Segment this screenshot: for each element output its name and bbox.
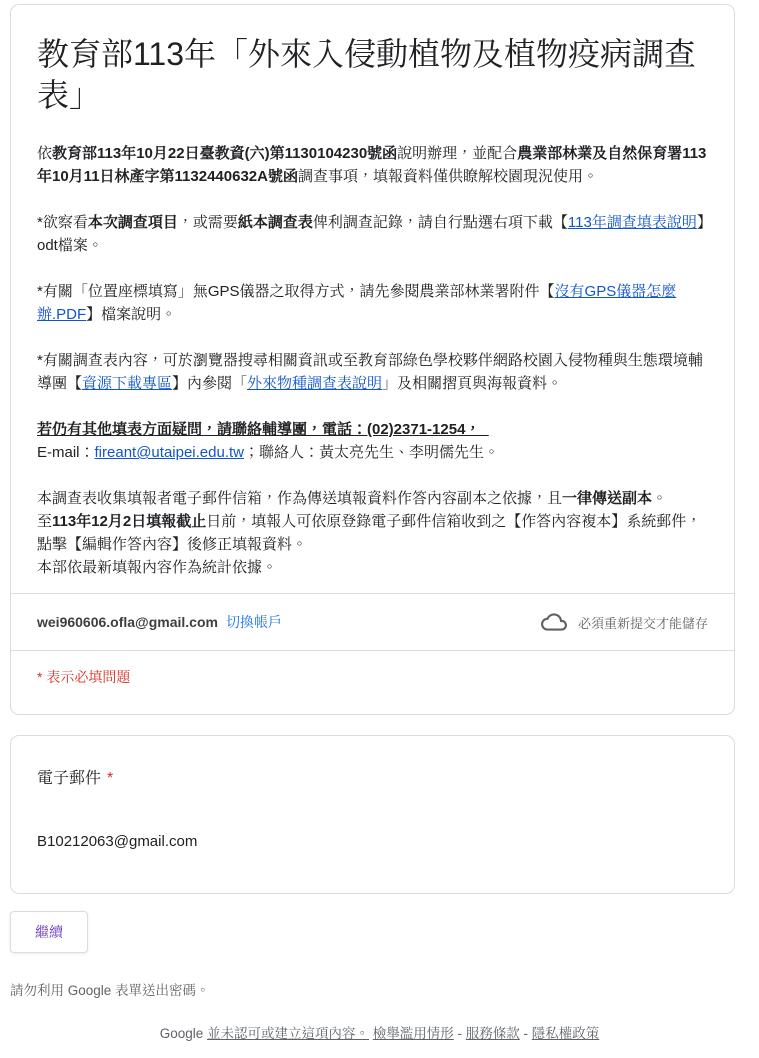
email-question-card: 電子郵件* B10212063@gmail.com bbox=[10, 735, 735, 894]
footer-brand: Google bbox=[160, 1026, 207, 1041]
email-input[interactable]: B10212063@gmail.com bbox=[37, 833, 708, 850]
description-paragraph: *有關調查表內容，可於瀏覽器搜尋相關資訊或至教育部綠色學校夥伴網路校園入侵物種與… bbox=[37, 349, 708, 395]
description-text: 教育部113年10月22日臺教資(六)第1130104230號函 bbox=[52, 145, 397, 162]
description-text: 113年12月2日填報截止 bbox=[52, 513, 206, 530]
description-paragraph: *有關「位置座標填寫」無GPS儀器之取得方式，請先參閱農業部林業署附件【沒有GP… bbox=[37, 280, 708, 326]
description-text: *欲察看 bbox=[37, 214, 88, 231]
footer-report-abuse-link[interactable]: 檢舉濫用情形 bbox=[373, 1026, 454, 1041]
description-paragraph: 依教育部113年10月22日臺教資(六)第1130104230號函說明辦理，並配… bbox=[37, 142, 708, 188]
description-text: 本調查表收集填報者電子郵件信箱，作為傳送填報資料作答內容副本之依據，且 bbox=[37, 490, 562, 507]
footer-terms-link[interactable]: 服務條款 bbox=[466, 1026, 520, 1041]
description-text: ，或需要 bbox=[178, 214, 238, 231]
description-text: ；聯絡人：黃太亮先生、李明儒先生。 bbox=[244, 444, 499, 461]
form-header-card: 教育部113年「外來入侵動植物及植物疫病調查表」 依教育部113年10月22日臺… bbox=[10, 4, 735, 715]
password-warning: 請勿利用 Google 表單送出密碼。 bbox=[10, 979, 735, 999]
description-text: 本次調查項目 bbox=[88, 214, 178, 231]
description-text: 俾利調查記錄，請自行點選右項下載【 bbox=[313, 214, 568, 231]
form-header-block: 教育部113年「外來入侵動植物及植物疫病調查表」 依教育部113年10月22日臺… bbox=[11, 5, 734, 593]
account-row: wei960606.ofla@gmail.com切換帳戶 必須重新提交才能儲存 bbox=[11, 594, 734, 650]
description-link[interactable]: 113年調查填表說明 bbox=[568, 214, 697, 231]
description-text: 若仍有其他填表方面疑問，請聯絡輔導團，電話：(02)2371-1254， bbox=[37, 421, 489, 438]
question-label: 電子郵件* bbox=[37, 765, 708, 788]
description-text: 】檔案說明。 bbox=[86, 306, 176, 323]
description-link[interactable]: 資源下載專區 bbox=[82, 375, 172, 392]
description-paragraph: 若仍有其他填表方面疑問，請聯絡輔導團，電話：(02)2371-1254， E-m… bbox=[37, 418, 708, 464]
question-label-text: 電子郵件 bbox=[37, 770, 101, 787]
description-link[interactable]: 外來物種調查表說明 bbox=[247, 375, 382, 392]
form-description: 依教育部113年10月22日臺教資(六)第1130104230號函說明辦理，並配… bbox=[37, 142, 708, 593]
form-actions: 繼續 bbox=[10, 911, 735, 953]
continue-button[interactable]: 繼續 bbox=[10, 911, 88, 953]
switch-account-link[interactable]: 切換帳戶 bbox=[226, 614, 282, 630]
description-text: E-mail： bbox=[37, 444, 95, 461]
required-asterisk: * bbox=[107, 770, 113, 787]
description-paragraph: *欲察看本次調查項目，或需要紙本調查表俾利調查記錄，請自行點選右項下載【113年… bbox=[37, 211, 708, 257]
account-info: wei960606.ofla@gmail.com切換帳戶 bbox=[37, 612, 282, 632]
footer-disclaimer-link[interactable]: 並未認可或建立這項內容。 bbox=[207, 1026, 369, 1041]
description-text: 調查事項，填報資料僅供瞭解校園現況使用。 bbox=[298, 168, 598, 185]
description-text: 紙本調查表 bbox=[238, 214, 313, 231]
description-text: 依 bbox=[37, 145, 52, 162]
required-note: * 表示必填問題 bbox=[11, 651, 734, 714]
description-text: 】內參閱「 bbox=[172, 375, 247, 392]
footer: Google 並未認可或建立這項內容。 檢舉濫用情形 - 服務條款 - 隱私權政… bbox=[0, 1022, 759, 1052]
description-paragraph: 本調查表收集填報者電子郵件信箱，作為傳送填報資料作答內容副本之依據，且一律傳送副… bbox=[37, 487, 708, 579]
description-text: 」及相關摺頁與海報資料。 bbox=[382, 375, 562, 392]
description-text: *有關「位置座標填寫」無GPS儀器之取得方式，請先參閱農業部林業署附件【 bbox=[37, 283, 555, 300]
google-form-page: 教育部113年「外來入侵動植物及植物疫病調查表」 依教育部113年10月22日臺… bbox=[0, 0, 759, 1052]
description-text: 一律傳送副本 bbox=[562, 490, 652, 507]
form-title: 教育部113年「外來入侵動植物及植物疫病調查表」 bbox=[37, 34, 708, 116]
description-link[interactable]: fireant@utaipei.edu.tw bbox=[95, 444, 244, 461]
footer-separator: - bbox=[520, 1026, 532, 1041]
save-status-text: 必須重新提交才能儲存 bbox=[578, 613, 708, 632]
footer-separator: - bbox=[454, 1026, 466, 1041]
account-email: wei960606.ofla@gmail.com bbox=[37, 614, 218, 630]
cloud-icon bbox=[541, 609, 567, 635]
description-text: 說明辦理，並配合 bbox=[397, 145, 517, 162]
footer-privacy-link[interactable]: 隱私權政策 bbox=[532, 1026, 600, 1041]
save-status-area: 必須重新提交才能儲存 bbox=[541, 609, 708, 635]
